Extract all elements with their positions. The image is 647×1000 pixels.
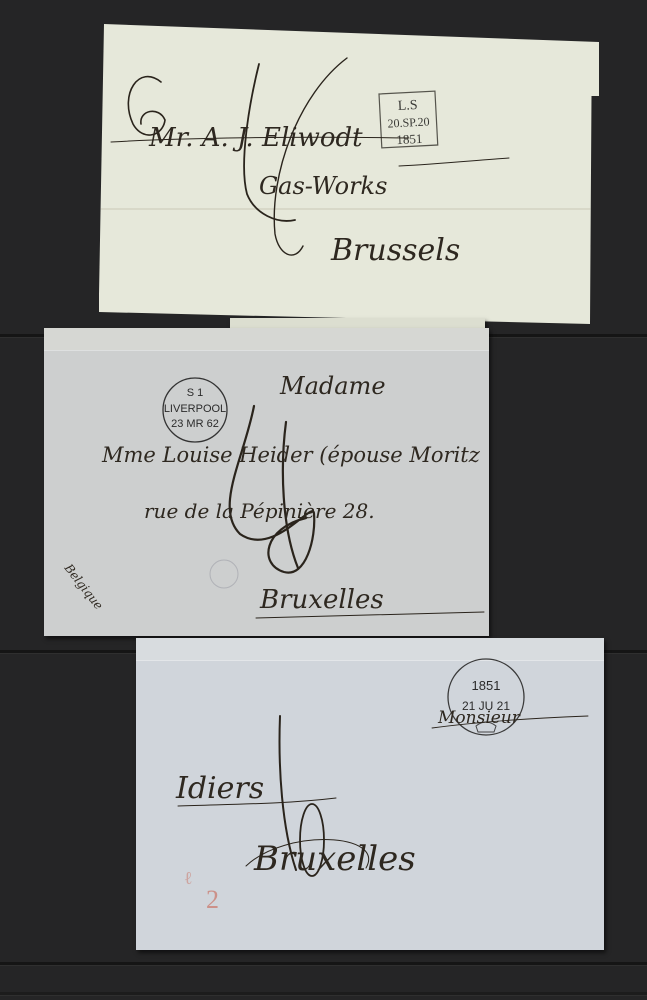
svg-text:Madame: Madame bbox=[279, 372, 386, 400]
svg-text:Brussels: Brussels bbox=[330, 233, 460, 268]
rate-marking-4 bbox=[230, 406, 315, 573]
svg-text:23 MR 62: 23 MR 62 bbox=[171, 418, 219, 430]
cover-1-writing: L.S 20.SP.20 1851 Mr. A. J. Eliwodt Gas-… bbox=[99, 24, 599, 324]
svg-text:LIVERPOOL: LIVERPOOL bbox=[164, 403, 226, 415]
postal-cover-3: 1851 21 JU 21 Monsieur Idiers Bruxelles … bbox=[136, 638, 604, 950]
boxed-postmark-icon: L.S 20.SP.20 1851 bbox=[379, 91, 438, 148]
svg-text:Monsieur: Monsieur bbox=[437, 708, 521, 728]
postal-cover-1: L.S 20.SP.20 1851 Mr. A. J. Eliwodt Gas-… bbox=[99, 24, 599, 324]
album-strip-line bbox=[0, 962, 647, 965]
svg-text:Belgique: Belgique bbox=[61, 560, 106, 612]
cover-3-writing: 1851 21 JU 21 Monsieur Idiers Bruxelles … bbox=[136, 638, 604, 950]
liverpool-postmark-icon: S 1 LIVERPOOL 23 MR 62 bbox=[163, 378, 227, 442]
postal-cover-2: S 1 LIVERPOOL 23 MR 62 Madame Mme Louise… bbox=[44, 328, 489, 636]
svg-text:Gas-Works: Gas-Works bbox=[259, 172, 387, 200]
svg-text:S 1: S 1 bbox=[187, 387, 204, 399]
svg-text:2: 2 bbox=[206, 885, 219, 914]
svg-text:rue de la Pépinière 28.: rue de la Pépinière 28. bbox=[144, 499, 375, 523]
svg-text:20.SP.20: 20.SP.20 bbox=[387, 114, 430, 130]
svg-text:L.S: L.S bbox=[397, 98, 418, 114]
svg-text:Mme Louise Heider (épouse Mori: Mme Louise Heider (épouse Moritz bbox=[101, 443, 481, 467]
svg-text:Idiers: Idiers bbox=[175, 771, 264, 806]
svg-text:1851: 1851 bbox=[472, 678, 501, 693]
cover-2-writing: S 1 LIVERPOOL 23 MR 62 Madame Mme Louise… bbox=[44, 328, 489, 636]
svg-text:Bruxelles: Bruxelles bbox=[259, 585, 384, 615]
album-strip-line bbox=[0, 992, 647, 995]
svg-text:ℓ: ℓ bbox=[184, 868, 193, 888]
svg-text:1851: 1851 bbox=[396, 131, 423, 147]
svg-text:Bruxelles: Bruxelles bbox=[253, 839, 416, 879]
